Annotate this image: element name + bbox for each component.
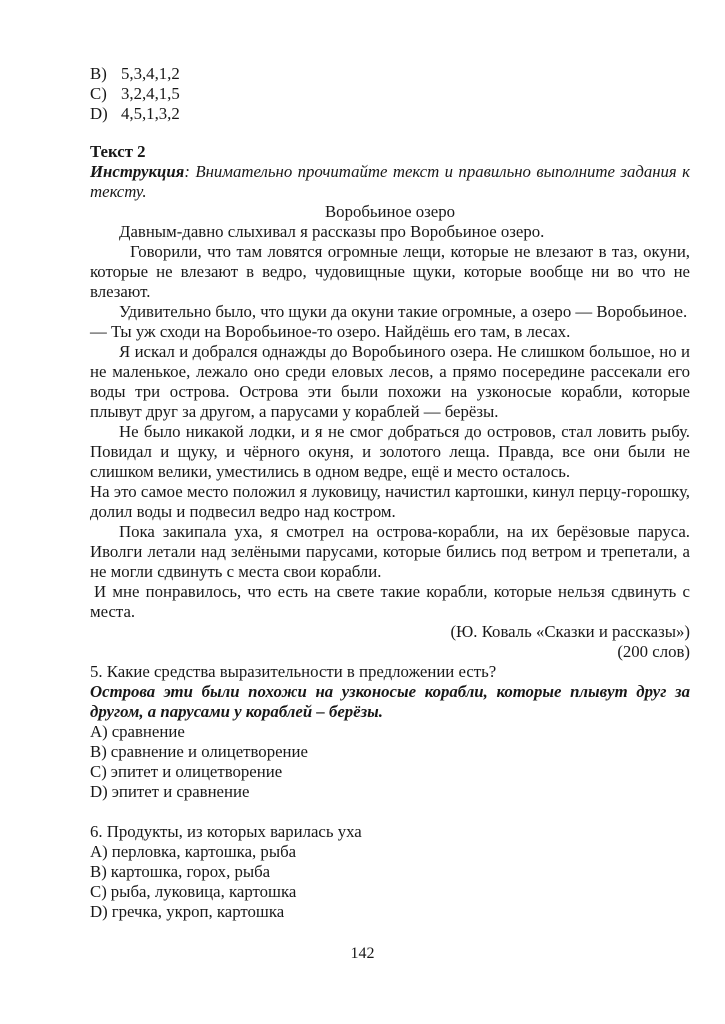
answer-option: C)эпитет и олицетворение [90, 762, 690, 782]
instruction: Инструкция: Внимательно прочитайте текст… [90, 162, 690, 202]
story-paragraph: И мне понравилось, что есть на свете так… [90, 582, 690, 622]
option-text: эпитет и олицетворение [111, 762, 282, 781]
option-value: 5,3,4,1,2 [121, 64, 180, 84]
story-paragraph: Не было никакой лодки, и я не смог добра… [90, 422, 690, 482]
option-text: сравнение [112, 722, 185, 741]
story-paragraph: На это самое место положил я луковицу, н… [90, 482, 690, 522]
story-paragraph: Говорили, что там ловятся огромные лещи,… [90, 242, 690, 302]
story-paragraph: Давным-давно слыхивал я рассказы про Вор… [90, 222, 690, 242]
story-paragraph: — Ты уж сходи на Воробьиное-то озеро. На… [90, 322, 690, 342]
answer-option: C)3,2,4,1,5 [90, 84, 690, 104]
option-letter: C) [90, 762, 107, 781]
page-number: 142 [0, 944, 725, 964]
answer-option: D)гречка, укроп, картошка [90, 902, 690, 922]
page-content: B)5,3,4,1,2 C)3,2,4,1,5 D)4,5,1,3,2 Текс… [90, 64, 690, 922]
option-text: перловка, картошка, рыба [112, 842, 296, 861]
option-letter: D) [90, 104, 114, 124]
question-prompt: 6. Продукты, из которых варилась уха [90, 822, 690, 842]
option-letter: A) [90, 842, 108, 861]
option-text: рыба, луковица, картошка [111, 882, 297, 901]
question-6: 6. Продукты, из которых варилась уха A)п… [90, 822, 690, 922]
option-letter: C) [90, 84, 114, 104]
question-5: 5. Какие средства выразительности в пред… [90, 662, 690, 802]
story-title: Воробьиное озеро [90, 202, 690, 222]
option-letter: B) [90, 742, 107, 761]
question-options: A)перловка, картошка, рыба B)картошка, г… [90, 842, 690, 922]
instruction-label: Инструкция [90, 162, 184, 181]
option-letter: B) [90, 64, 114, 84]
story-word-count: (200 слов) [90, 642, 690, 662]
story-paragraph: Я искал и добрался однажды до Воробьиног… [90, 342, 690, 422]
document-page: B)5,3,4,1,2 C)3,2,4,1,5 D)4,5,1,3,2 Текс… [0, 0, 725, 1024]
story-paragraph: Пока закипала уха, я смотрел на острова-… [90, 522, 690, 582]
previous-question-options: B)5,3,4,1,2 C)3,2,4,1,5 D)4,5,1,3,2 [90, 64, 690, 124]
option-letter: C) [90, 882, 107, 901]
story-attribution: (Ю. Коваль «Сказки и рассказы») [90, 622, 690, 642]
option-text: сравнение и олицетворение [111, 742, 308, 761]
answer-option: D)эпитет и сравнение [90, 782, 690, 802]
option-letter: D) [90, 782, 108, 801]
answer-option: B)5,3,4,1,2 [90, 64, 690, 84]
section-title: Текст 2 [90, 142, 690, 162]
option-letter: A) [90, 722, 108, 741]
answer-option: B)сравнение и олицетворение [90, 742, 690, 762]
answer-option: D)4,5,1,3,2 [90, 104, 690, 124]
answer-option: B)картошка, горох, рыба [90, 862, 690, 882]
option-letter: B) [90, 862, 107, 881]
option-value: 3,2,4,1,5 [121, 84, 180, 104]
answer-option: A)сравнение [90, 722, 690, 742]
option-value: 4,5,1,3,2 [121, 104, 180, 124]
option-text: гречка, укроп, картошка [112, 902, 284, 921]
answer-option: C)рыба, луковица, картошка [90, 882, 690, 902]
option-text: эпитет и сравнение [112, 782, 250, 801]
option-letter: D) [90, 902, 108, 921]
story-paragraph: Удивительно было, что щуки да окуни таки… [90, 302, 690, 322]
question-quote: Острова эти были похожи на узконосые кор… [90, 682, 690, 722]
answer-option: A)перловка, картошка, рыба [90, 842, 690, 862]
question-options: A)сравнение B)сравнение и олицетворение … [90, 722, 690, 802]
question-prompt: 5. Какие средства выразительности в пред… [90, 662, 690, 682]
option-text: картошка, горох, рыба [111, 862, 270, 881]
